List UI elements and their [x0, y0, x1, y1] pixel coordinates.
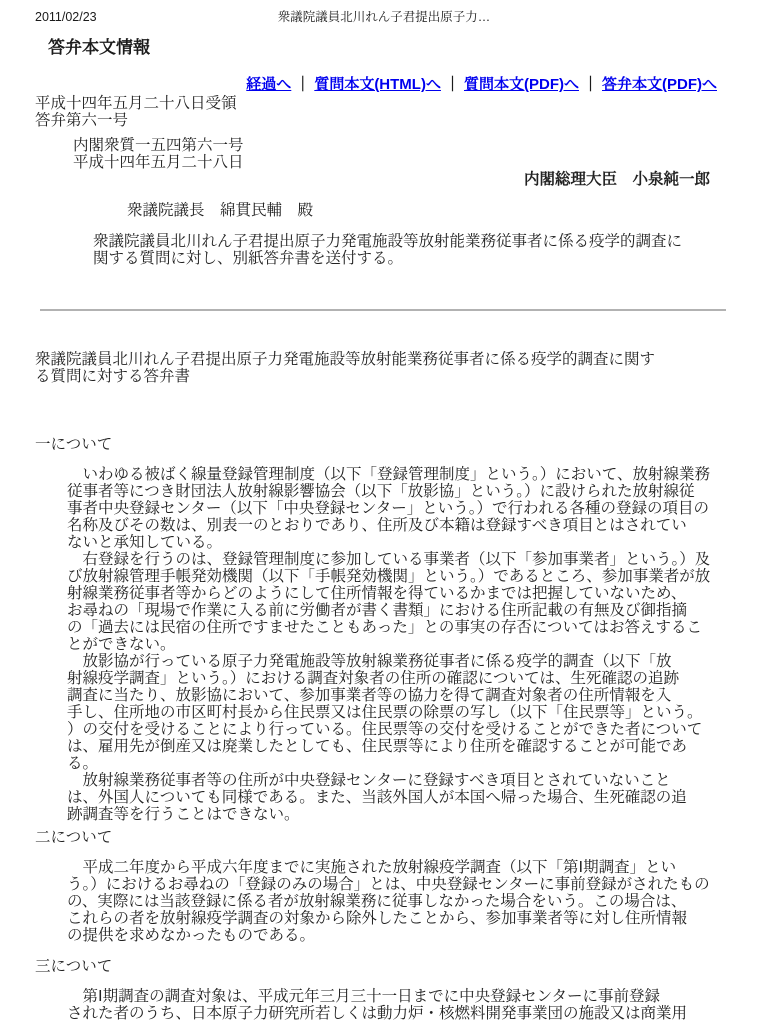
divider [40, 309, 726, 311]
page-title: 答弁本文情報 [48, 38, 728, 58]
print-header-title: 衆議院議員北川れん子君提出原子力… [0, 10, 768, 25]
answer-number-line: 答弁第六一号 [35, 112, 728, 129]
nav-separator: ｜ [445, 76, 460, 93]
section-1-paragraph: いわゆる被ばく線量登録管理制度（以下「登録管理制度」という。）において、放射線業… [67, 466, 756, 551]
section-1-heading: 一について [35, 436, 728, 453]
nav-separator: ｜ [295, 76, 310, 93]
nav-link-shitsumon-html[interactable]: 質問本文(HTML)へ [314, 76, 441, 93]
cabinet-date-line: 平成十四年五月二十八日 [73, 154, 728, 171]
section-1-paragraph: 右登録を行うのは、登録管理制度に参加している事業者（以下「参加事業者」という。）… [67, 551, 756, 653]
main-content: 答弁本文情報 経過へ｜質問本文(HTML)へ｜質問本文(PDF)へ｜答弁本文(P… [35, 36, 728, 1022]
section-3-heading: 三について [35, 958, 728, 975]
print-header: 2011/02/23 衆議院議員北川れん子君提出原子力… [0, 10, 768, 25]
nav-link-shitsumon-pdf[interactable]: 質問本文(PDF)へ [464, 76, 579, 93]
document-title: 衆議院議員北川れん子君提出原子力発電施設等放射能業務従事者に係る疫学的調査に関す… [35, 351, 738, 385]
section-3-paragraph: 第Ⅰ期調査の調査対象は、平成元年三月三十一日までに中央登録センターに事前登録 さ… [67, 988, 756, 1022]
prime-minister-line: 内閣総理大臣 小泉純一郎 [35, 171, 728, 188]
addressee-line: 衆議院議長 綿貫民輔 殿 [127, 202, 728, 219]
section-2-heading: 二について [35, 829, 728, 846]
received-block: 平成十四年五月二十八日受領 答弁第六一号 [35, 95, 728, 129]
received-date-line: 平成十四年五月二十八日受領 [35, 95, 728, 112]
section-1-paragraph: 放影協が行っている原子力発電施設等放射線業務従事者に係る疫学的調査（以下「放 射… [67, 653, 756, 772]
cabinet-ref-line: 内閣衆質一五四第六一号 [73, 137, 728, 154]
nav-separator: ｜ [583, 76, 598, 93]
section-3: 三について 第Ⅰ期調査の調査対象は、平成元年三月三十一日までに中央登録センターに… [35, 958, 728, 1022]
print-header-date: 2011/02/23 [35, 10, 97, 25]
section-2-paragraph: 平成二年度から平成六年度までに実施された放射線疫学調査（以下「第Ⅰ期調査」とい … [67, 859, 756, 944]
cabinet-block: 内閣衆質一五四第六一号 平成十四年五月二十八日 [73, 137, 728, 171]
section-2: 二について 平成二年度から平成六年度までに実施された放射線疫学調査（以下「第Ⅰ期… [35, 829, 728, 944]
nav-links: 経過へ｜質問本文(HTML)へ｜質問本文(PDF)へ｜答弁本文(PDF)へ [35, 76, 728, 93]
nav-link-toben-pdf[interactable]: 答弁本文(PDF)へ [602, 76, 717, 93]
nav-link-keika[interactable]: 経過へ [246, 76, 291, 93]
transmittal-paragraph: 衆議院議員北川れん子君提出原子力発電施設等放射能業務従事者に係る疫学的調査に 関… [93, 233, 756, 267]
document-page: 2011/02/23 衆議院議員北川れん子君提出原子力… 答弁本文情報 経過へ｜… [0, 0, 768, 1024]
section-1-paragraph: 放射線業務従事者等の住所が中央登録センターに登録すべき項目とされていないこと は… [67, 772, 756, 823]
section-1: 一について いわゆる被ばく線量登録管理制度（以下「登録管理制度」という。）におい… [35, 436, 728, 823]
